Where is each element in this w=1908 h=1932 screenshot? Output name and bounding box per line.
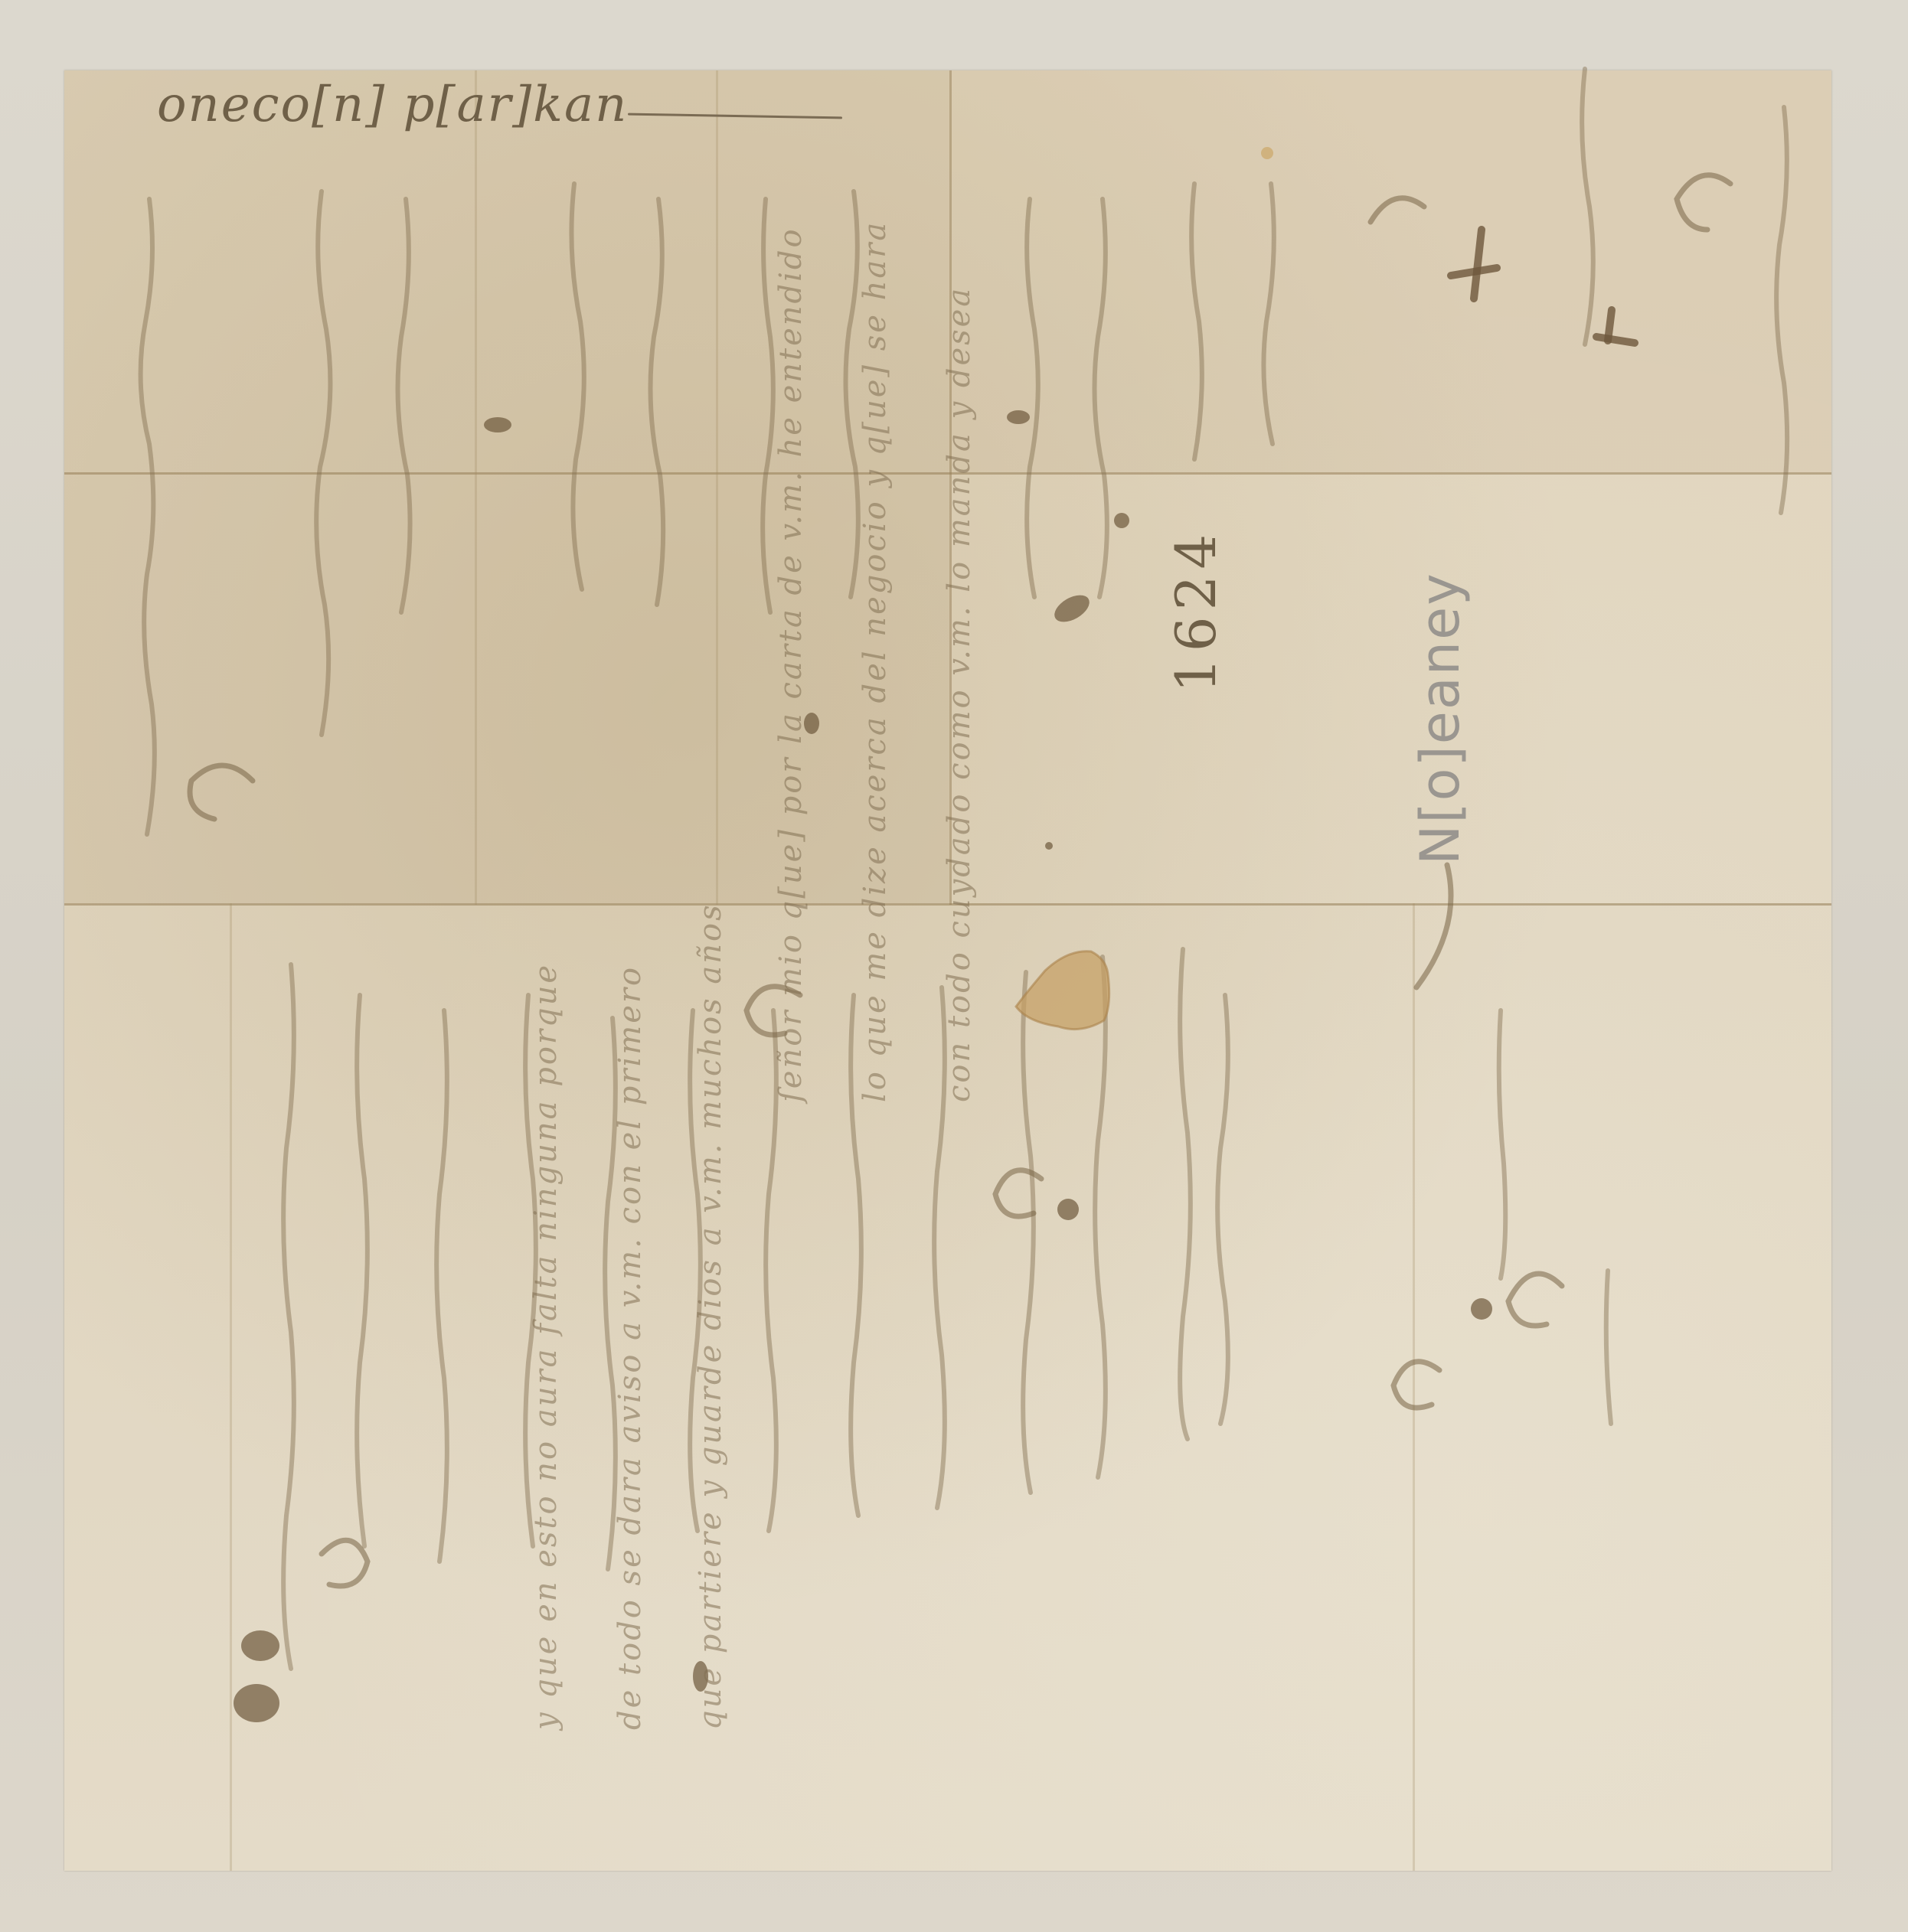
bleed-text-column: lo que me dize acerca del negocio y q[ue… xyxy=(858,220,893,1102)
bleed-text-column: con todo cuydado como v.m. lo manda y de… xyxy=(942,286,977,1102)
bleed-text-column: y que en esto no aura falta ninguna porq… xyxy=(528,963,564,1730)
water-stain xyxy=(1016,951,1109,1030)
docket-note: oneco[n] p[ar]kan xyxy=(157,77,628,133)
bleed-text-column: que partiere y guarde dios a v.m. muchos… xyxy=(693,902,728,1730)
bleed-text-column: de todo se dara aviso a v.m. con el prim… xyxy=(613,965,648,1730)
year-numeral: 1624 xyxy=(1164,528,1228,693)
pencil-annotation: N[o]eaney xyxy=(1409,572,1472,865)
bleed-text-column: ſeñor mio q[ue] por la carta de v.m. he … xyxy=(773,227,809,1102)
